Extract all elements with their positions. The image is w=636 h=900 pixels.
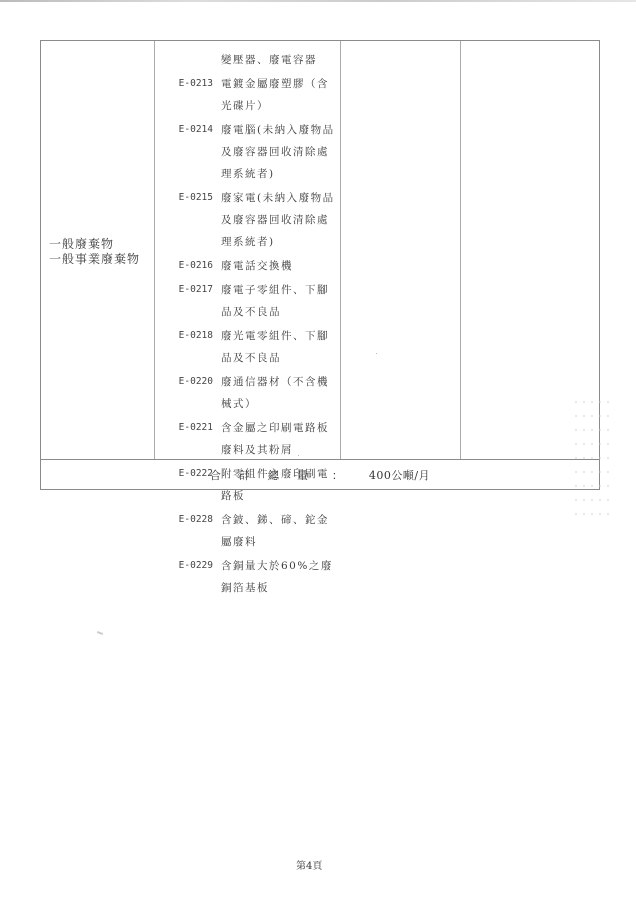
waste-description: 廢電話交換機 (221, 255, 341, 277)
waste-code: E-0216 (155, 255, 221, 277)
waste-description: 含鈹、銻、碲、鉈金屬廢料 (221, 509, 341, 553)
waste-code: E-0221 (155, 417, 221, 439)
list-item: E-0220 廢通信器材（不含機械式） (155, 371, 341, 415)
list-item: E-0221 含金屬之印刷電路板廢料及其粉屑 (155, 417, 341, 461)
items-cell: 變壓器、廢電容器 E-0213 電鍍金屬廢塑膠（含光碟片） E-0214 廢電腦… (155, 41, 341, 459)
waste-description: 變壓器、廢電容器 (221, 49, 341, 71)
waste-description: 廢電腦(未納入廢物品及廢容器回收清除處理系統者) (221, 119, 341, 185)
list-item: E-0216 廢電話交換機 (155, 255, 341, 277)
total-value: 400公噸/月 (369, 467, 430, 483)
scan-speck (298, 455, 299, 456)
waste-code-list: 變壓器、廢電容器 E-0213 電鍍金屬廢塑膠（含光碟片） E-0214 廢電腦… (155, 49, 341, 601)
scan-artifact-dots (572, 395, 612, 520)
category-line-general-industrial-waste: 一般事業廢棄物 (49, 252, 140, 267)
list-item: E-0215 廢家電(未納入廢物品及廢容器回收清除處理系統者) (155, 187, 341, 253)
total-separator: ： (332, 467, 343, 483)
page-number: 第4頁 (296, 857, 322, 872)
waste-code: E-0229 (155, 555, 221, 577)
list-item: E-0217 廢電子零組件、下腳品及不良品 (155, 279, 341, 323)
list-item: E-0213 電鍍金屬廢塑膠（含光碟片） (155, 73, 341, 117)
category-cell: 一般廢棄物 一般事業廢棄物 (41, 41, 155, 459)
category-line-general-waste: 一般廢棄物 (49, 237, 140, 252)
waste-code: E-0218 (155, 325, 221, 347)
waste-code: E-0214 (155, 119, 221, 141)
waste-description: 電鍍金屬廢塑膠（含光碟片） (221, 73, 341, 117)
waste-description: 廢光電零組件、下腳品及不良品 (221, 325, 341, 369)
waste-code: E-0213 (155, 73, 221, 95)
list-item: E-0229 含銅量大於60%之廢銅箔基板 (155, 555, 341, 599)
waste-description: 含金屬之印刷電路板廢料及其粉屑 (221, 417, 341, 461)
list-item: E-0214 廢電腦(未納入廢物品及廢容器回收清除處理系統者) (155, 119, 341, 185)
scan-top-edge (0, 0, 636, 2)
scan-artifact-smudge (97, 631, 103, 635)
waste-description: 廢通信器材（不含機械式） (221, 371, 341, 415)
waste-code: E-0228 (155, 509, 221, 531)
total-label: 合計總量 (210, 467, 326, 483)
scan-speck (376, 353, 377, 354)
waste-description: 含銅量大於60%之廢銅箔基板 (221, 555, 341, 599)
category-text: 一般廢棄物 一般事業廢棄物 (49, 237, 140, 267)
list-item: E-0218 廢光電零組件、下腳品及不良品 (155, 325, 341, 369)
list-item: E-0228 含鈹、銻、碲、鉈金屬廢料 (155, 509, 341, 553)
list-item: 變壓器、廢電容器 (155, 49, 341, 71)
waste-code: E-0220 (155, 371, 221, 393)
table-row-waste-category: 一般廢棄物 一般事業廢棄物 變壓器、廢電容器 E-0213 電鍍金屬廢塑膠（含光… (41, 41, 599, 460)
empty-cell-1 (341, 41, 461, 459)
waste-code: E-0215 (155, 187, 221, 209)
waste-code: E-0217 (155, 279, 221, 301)
waste-items-table: 一般廢棄物 一般事業廢棄物 變壓器、廢電容器 E-0213 電鍍金屬廢塑膠（含光… (40, 40, 600, 490)
waste-description: 廢電子零組件、下腳品及不良品 (221, 279, 341, 323)
waste-description: 廢家電(未納入廢物品及廢容器回收清除處理系統者) (221, 187, 341, 253)
table-row-total: 合計總量 ： 400公噸/月 (41, 460, 599, 489)
